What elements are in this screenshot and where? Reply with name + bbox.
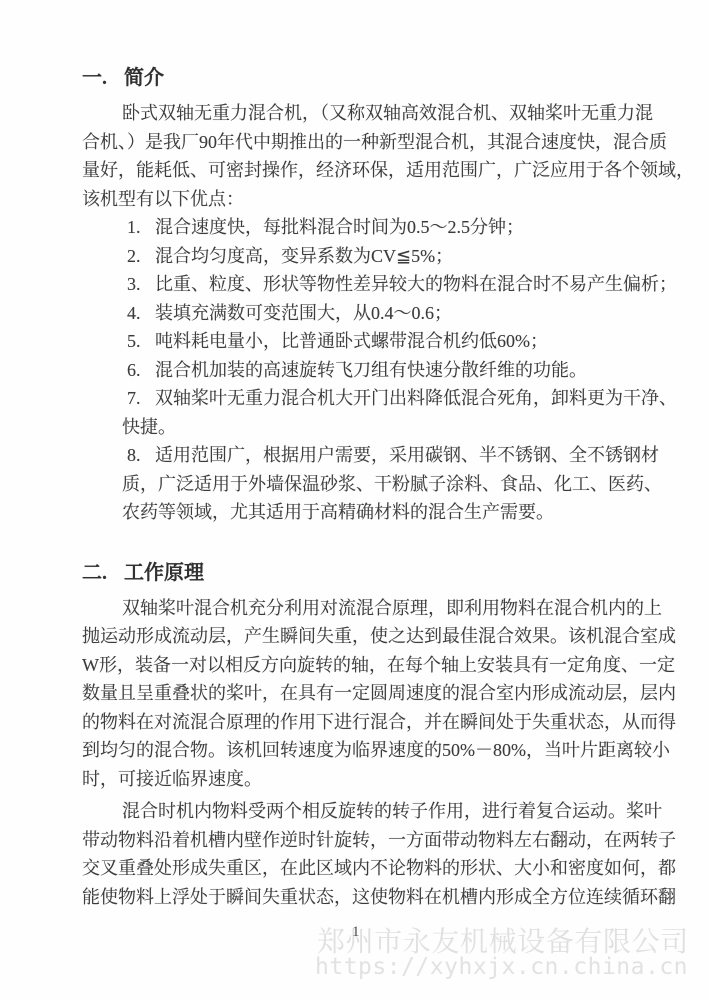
list-item-number: 8. — [127, 441, 155, 470]
list-item-text: 双轴桨叶无重力混合机大开门出料降低混合死角，卸料更为干净、 — [155, 388, 677, 408]
paragraph-line: 时，可接近临界速度。 — [82, 765, 642, 794]
paragraph-line: 数量且呈重叠状的桨叶，在具有一定圆周速度的混合室内形成流动层，层内 — [82, 679, 642, 708]
paragraph-line: 双轴桨叶混合机充分利用对流混合原理，即利用物料在混合机内的上 — [82, 594, 642, 623]
advantages-list: 1.混合速度快，每批料混合时间为0.5～2.5分钟； 2.混合均匀度高，变异系数… — [82, 213, 642, 527]
document-page: 一.简介 卧式双轴无重力混合机，（又称双轴高效混合机、双轴桨叶无重力混 合机、）… — [0, 0, 708, 1000]
list-item-text: 混合均匀度高，变异系数为CV≦5%； — [155, 246, 453, 266]
list-item-number: 1. — [127, 213, 155, 242]
section-1-heading: 一.简介 — [82, 64, 642, 93]
paragraph-line: 交叉重叠处形成失重区，在此区域内不论物料的形状、大小和密度如何，都 — [82, 854, 642, 883]
section-2-paragraph-2: 混合时机内物料受两个相反旋转的转子作用，进行着复合运动。桨叶 带动物料沿着机槽内… — [82, 797, 642, 911]
section-1-title: 简介 — [124, 67, 164, 89]
section-1-intro-paragraph: 卧式双轴无重力混合机，（又称双轴高效混合机、双轴桨叶无重力混 合机、）是我厂90… — [82, 99, 642, 213]
paragraph-line: 的物料在对流混合原理的作用下进行混合，并在瞬间处于失重状态，从而得 — [82, 708, 642, 737]
list-item-number: 5. — [127, 327, 155, 356]
list-item: 7.双轴桨叶无重力混合机大开门出料降低混合死角，卸料更为干净、 — [82, 384, 642, 413]
list-item-continuation: 快捷。 — [82, 413, 642, 442]
list-item-text: 装填充满数可变范围大，从0.4～0.6； — [155, 303, 452, 323]
list-item: 2.混合均匀度高，变异系数为CV≦5%； — [82, 242, 642, 271]
list-item-number: 2. — [127, 242, 155, 271]
list-item: 8.适用范围广，根据用户需要，采用碳钢、半不锈钢、全不锈钢材 — [82, 441, 642, 470]
page-number: 1 — [352, 924, 360, 941]
section-1-number: 一. — [82, 64, 108, 93]
watermark-url: https://xyhxjx.cn.china.cn — [315, 954, 688, 980]
paragraph-line: 带动物料沿着机槽内壁作逆时针旋转，一方面带动物料左右翻动，在两转子 — [82, 826, 642, 855]
paragraph-line: 该机型有以下优点： — [82, 185, 642, 214]
list-item-continuation: 农药等领域，尤其适用于高精确材料的混合生产需要。 — [82, 498, 642, 527]
list-item: 4.装填充满数可变范围大，从0.4～0.6； — [82, 299, 642, 328]
paragraph-line: 卧式双轴无重力混合机，（又称双轴高效混合机、双轴桨叶无重力混 — [82, 99, 642, 128]
paragraph-line: 混合时机内物料受两个相反旋转的转子作用，进行着复合运动。桨叶 — [82, 797, 642, 826]
section-2-paragraph-1: 双轴桨叶混合机充分利用对流混合原理，即利用物料在混合机内的上 抛运动形成流动层，… — [82, 594, 642, 794]
paragraph-line: W形，装备一对以相反方向旋转的轴，在每个轴上安装具有一定角度、一定 — [82, 651, 642, 680]
list-item-number: 6. — [127, 356, 155, 385]
list-item-text: 混合速度快，每批料混合时间为0.5～2.5分钟； — [155, 217, 524, 237]
list-item-text: 比重、粒度、形状等物性差异较大的物料在混合时不易产生偏析； — [155, 274, 677, 294]
paragraph-line: 到均匀的混合物。该机回转速度为临界速度的50%－80%，当叶片距离较小 — [82, 736, 642, 765]
list-item-number: 4. — [127, 299, 155, 328]
list-item-number: 3. — [127, 270, 155, 299]
list-item: 5.吨料耗电量小，比普通卧式螺带混合机约低60%； — [82, 327, 642, 356]
section-2-title: 工作原理 — [124, 562, 204, 584]
paragraph-line: 合机、）是我厂90年代中期推出的一种新型混合机，其混合速度快，混合质 — [82, 128, 642, 157]
list-item: 3.比重、粒度、形状等物性差异较大的物料在混合时不易产生偏析； — [82, 270, 642, 299]
paragraph-line: 能使物料上浮处于瞬间失重状态，这使物料在机槽内形成全方位连续循环翻 — [82, 883, 642, 912]
paragraph-line: 量好，能耗低、可密封操作，经济环保，适用范围广，广泛应用于各个领域， — [82, 156, 642, 185]
list-item-text: 吨料耗电量小，比普通卧式螺带混合机约低60%； — [155, 331, 548, 351]
list-item-continuation: 质，广泛适用于外墙保温砂浆、干粉腻子涂料、食品、化工、医药、 — [82, 470, 642, 499]
paragraph-line: 抛运动形成流动层，产生瞬间失重，使之达到最佳混合效果。该机混合室成 — [82, 622, 642, 651]
list-item-text: 适用范围广，根据用户需要，采用碳钢、半不锈钢、全不锈钢材 — [155, 445, 659, 465]
list-item-number: 7. — [127, 384, 155, 413]
list-item: 1.混合速度快，每批料混合时间为0.5～2.5分钟； — [82, 213, 642, 242]
list-item: 6.混合机加装的高速旋转飞刀组有快速分散纤维的功能。 — [82, 356, 642, 385]
section-2-number: 二. — [82, 559, 108, 588]
page-content: 一.简介 卧式双轴无重力混合机，（又称双轴高效混合机、双轴桨叶无重力混 合机、）… — [82, 64, 642, 911]
list-item-text: 混合机加装的高速旋转飞刀组有快速分散纤维的功能。 — [155, 360, 587, 380]
section-2-heading: 二.工作原理 — [82, 559, 642, 588]
